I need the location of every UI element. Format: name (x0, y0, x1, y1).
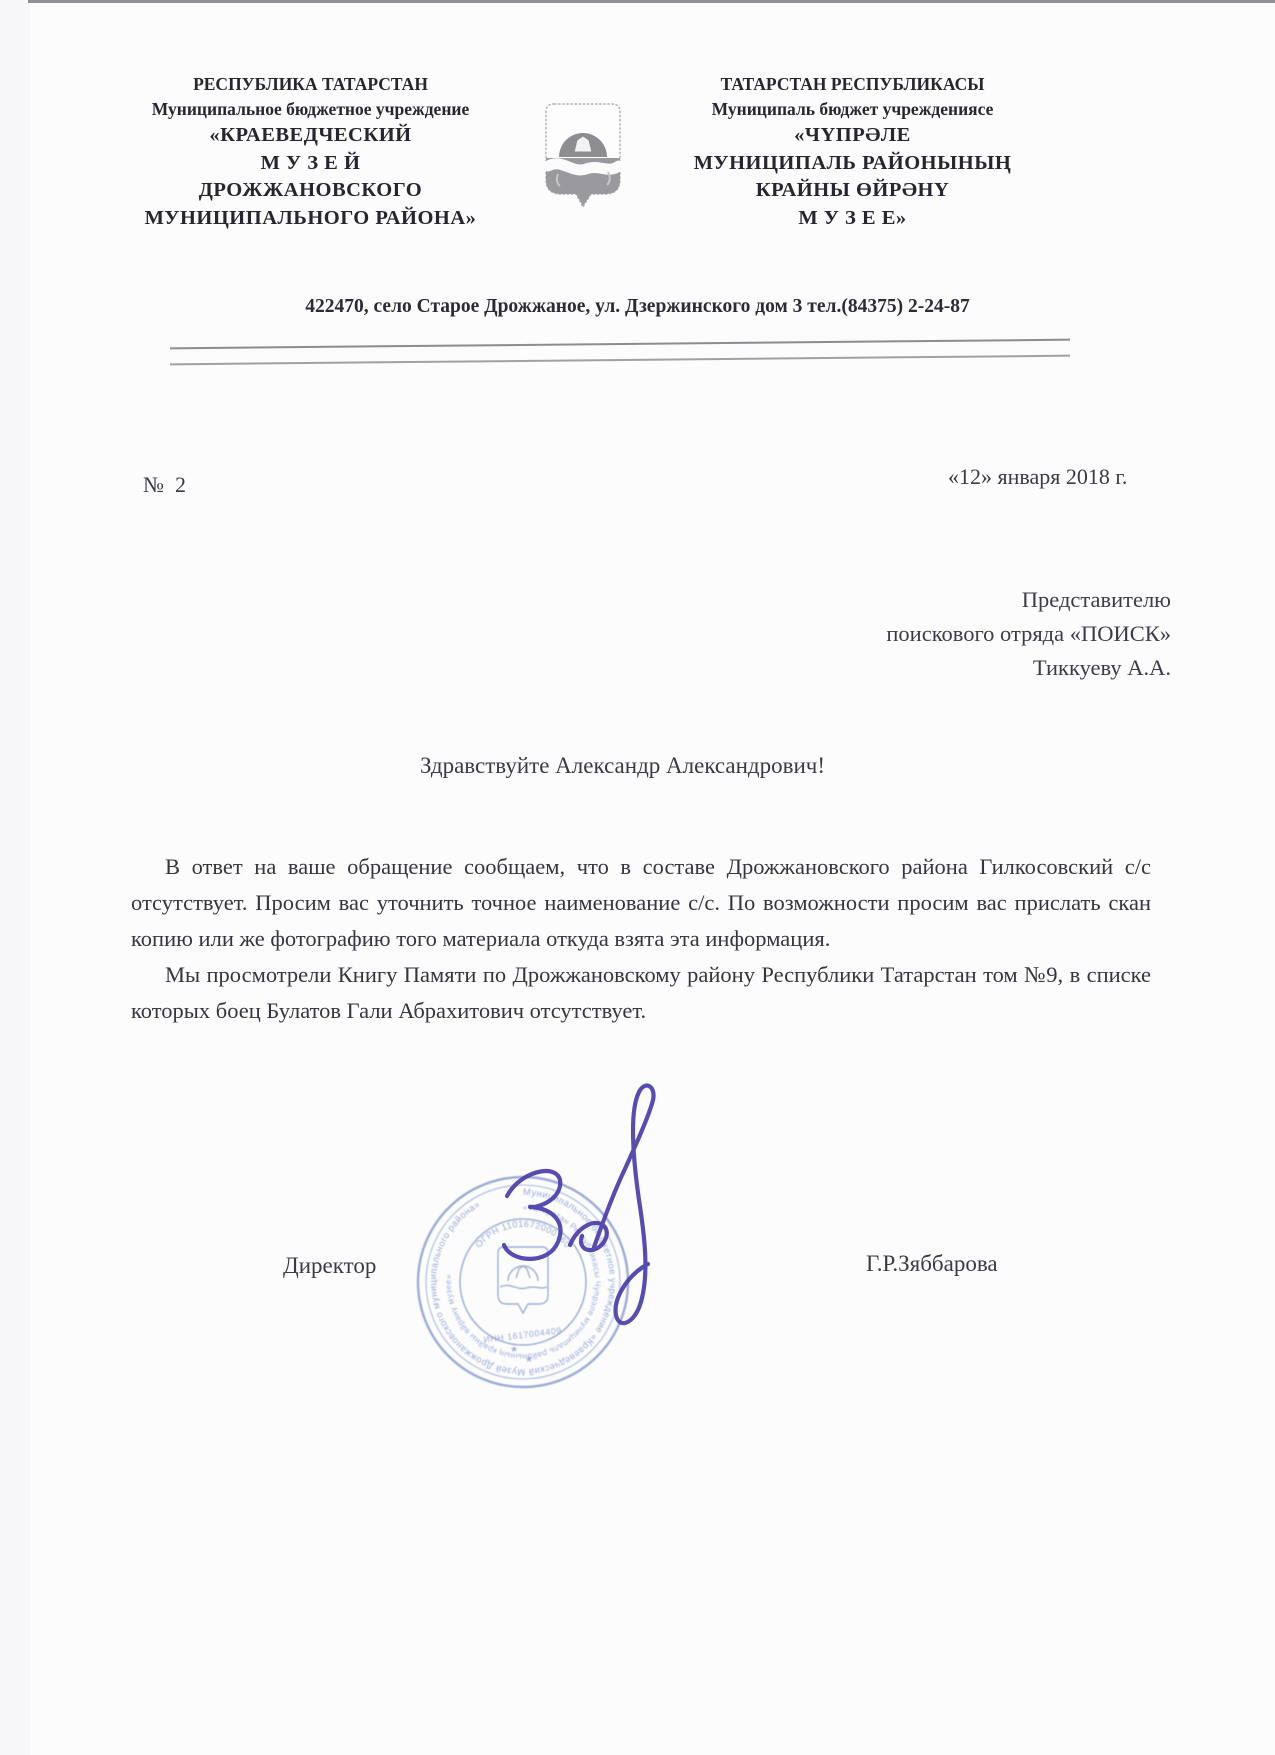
salutation: Здравствуйте Александр Александрович! (0, 753, 1245, 779)
divider-rule-top (170, 339, 1070, 349)
letterhead-tatar: ТАТАРСТАН РЕСПУБЛИКАСЫ Муниципаль бюджет… (640, 72, 1065, 232)
scan-artifact-top-edge (28, 0, 1275, 3)
paragraph: В ответ на ваше обращение сообщаем, что … (131, 849, 1151, 957)
letterhead-line: МУНИЦИПАЛЬ РАЙОНЫНЫҢ (640, 150, 1065, 178)
letterhead-line: КРАЙНЫ ӨЙРӘНҮ (640, 177, 1065, 205)
outgoing-number: № 2 (143, 472, 186, 498)
paragraph: Мы просмотрели Книгу Памяти по Дрожжанов… (131, 957, 1151, 1029)
letterhead-line: М У З Е Й (118, 150, 503, 178)
signer-title: Директор (283, 1253, 376, 1279)
letterhead-line: РЕСПУБЛИКА ТАТАРСТАН (118, 72, 503, 97)
letter-body: В ответ на ваше обращение сообщаем, что … (131, 849, 1151, 1029)
letterhead-line: МУНИЦИПАЛЬНОГО РАЙОНА» (118, 205, 503, 233)
letterhead-line: Муниципаль бюджет учреждениясе (640, 97, 1065, 122)
handwritten-signature (452, 1078, 712, 1368)
divider-rule-bottom (170, 355, 1070, 365)
letterhead-line: «КРАЕВЕДЧЕСКИЙ (118, 122, 503, 150)
recipient-line: поискового отряда «ПОИСК» (886, 617, 1171, 651)
letterhead-line: Муниципальное бюджетное учреждение (118, 97, 503, 122)
letterhead-line: ДРОЖЖАНОВСКОГО (118, 177, 503, 205)
signer-name: Г.Р.Зяббарова (866, 1251, 998, 1277)
recipient-line: Представителю (886, 583, 1171, 617)
letterhead-line: ТАТАРСТАН РЕСПУБЛИКАСЫ (640, 72, 1065, 97)
scan-edge-shade (0, 0, 30, 1755)
letter-date: «12» января 2018 г. (948, 464, 1127, 490)
letterhead-line: М У З Е Е» (640, 205, 1065, 233)
address-line: 422470, село Старое Дрожжаное, ул. Дзерж… (0, 296, 1275, 318)
recipient-line: Тиккуеву А.А. (886, 651, 1171, 685)
letterhead-line: «ЧҮПРӘЛЕ (640, 122, 1065, 150)
museum-coat-of-arms-icon (544, 102, 622, 214)
scanned-letter-page: РЕСПУБЛИКА ТАТАРСТАН Муниципальное бюдже… (0, 0, 1275, 1755)
recipient-block: Представителю поискового отряда «ПОИСК» … (886, 583, 1171, 685)
letterhead-russian: РЕСПУБЛИКА ТАТАРСТАН Муниципальное бюдже… (118, 72, 503, 232)
